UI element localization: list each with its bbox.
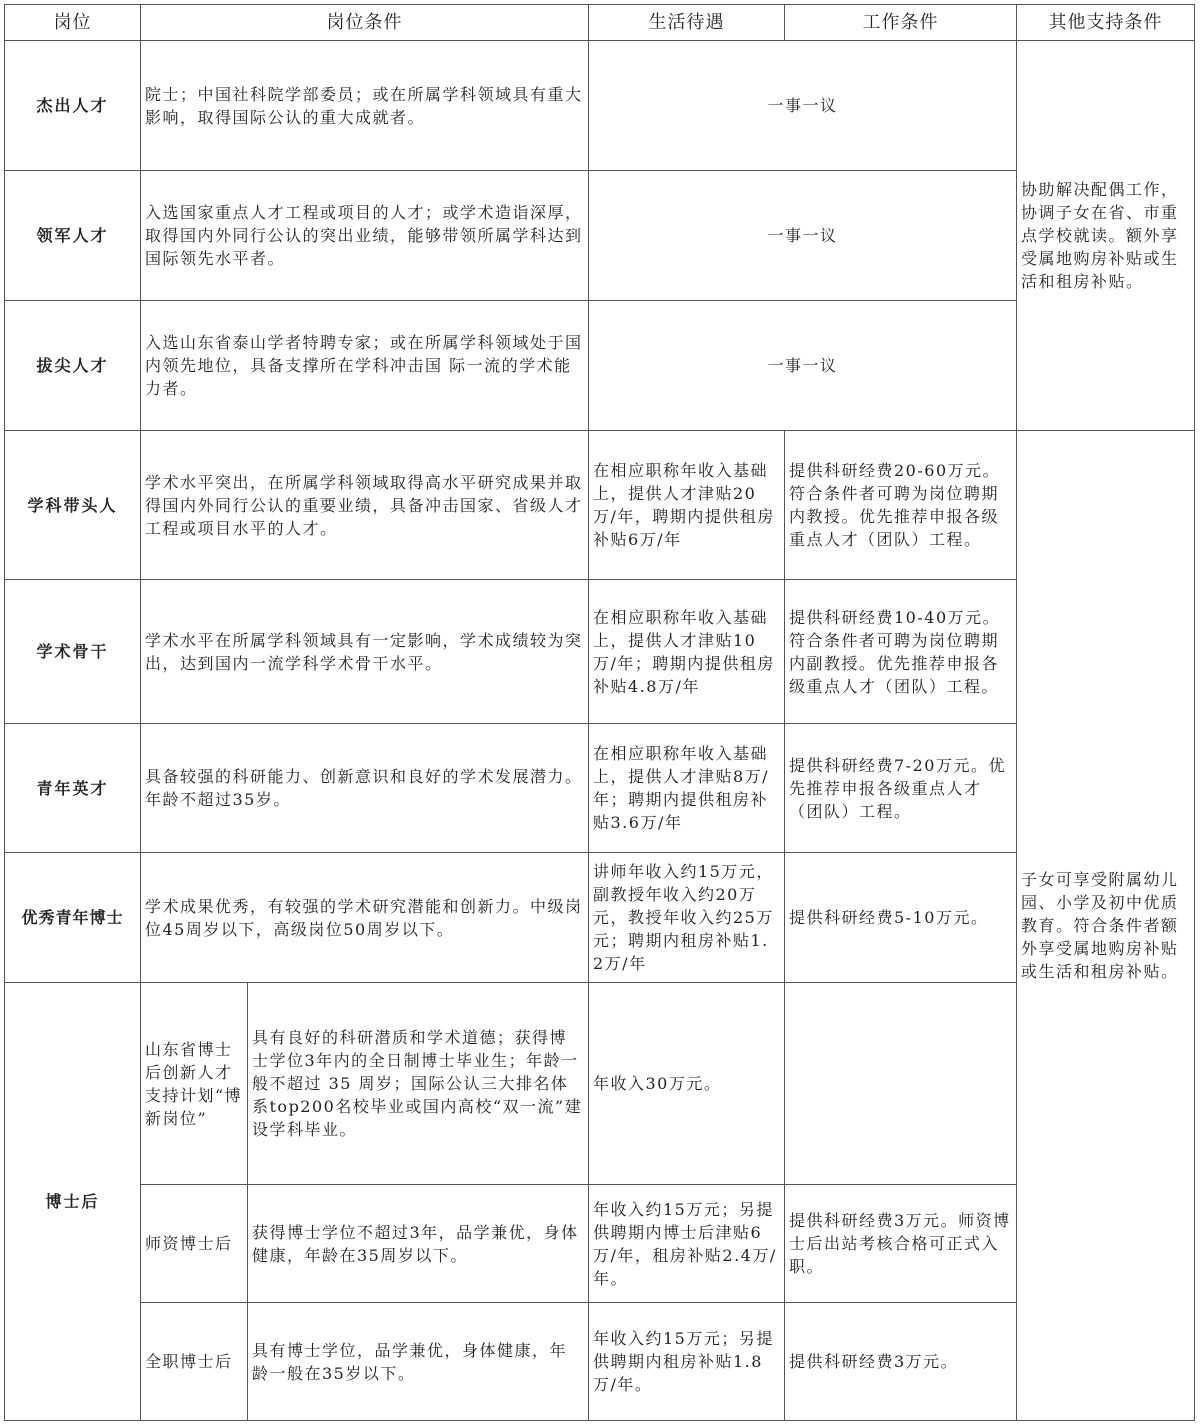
row-position: 领军人才 xyxy=(4,170,141,301)
row-conditions: 入选国家重点人才工程或项目的人才；或学术造诣深厚，取得国内外同行公认的突出业绩，… xyxy=(140,170,589,301)
row-conditions: 学术成果优秀，有较强的学术研究潜能和创新力。中级岗位45周岁以下，高级岗位50周… xyxy=(140,852,589,983)
other-support-bottom: 子女可享受附属幼儿园、小学及初中优质教育。符合条件者额外享受属地购房补贴或生活和… xyxy=(1016,430,1195,1421)
postdoc-sub-conditions: 具有博士学位，品学兼优，身体健康，年龄一般在35岁以下。 xyxy=(247,1302,589,1421)
row-position: 青年英才 xyxy=(4,723,141,853)
postdoc-sub-work: 提供科研经费3万元。师资博士后出站考核合格可正式入职。 xyxy=(784,1184,1017,1303)
row-treatment-work: 一事一议 xyxy=(588,170,1017,301)
postdoc-sub-name: 全职博士后 xyxy=(140,1302,248,1421)
postdoc-sub-treatment: 年收入约15万元；另提供聘期内租房补贴1.8万/年。 xyxy=(588,1302,785,1421)
row-work: 提供科研经费5-10万元。 xyxy=(784,852,1017,983)
row-position: 学术骨干 xyxy=(4,579,141,724)
postdoc-sub-conditions: 获得博士学位不超过3年，品学兼优，身体健康，年龄在35周岁以下。 xyxy=(247,1184,589,1303)
row-treatment: 在相应职称年收入基础上，提供人才津贴10万/年；聘期内提供租房补贴4.8万/年 xyxy=(588,579,785,724)
row-treatment-work: 一事一议 xyxy=(588,300,1017,431)
postdoc-sub-treatment: 年收入30万元。 xyxy=(588,982,785,1185)
postdoc-position: 博士后 xyxy=(4,982,141,1421)
row-work: 提供科研经费7-20万元。优先推荐申报各级重点人才（团队）工程。 xyxy=(784,723,1017,853)
header-work: 工作条件 xyxy=(784,4,1017,41)
header-treatment: 生活待遇 xyxy=(588,4,785,41)
row-position: 拔尖人才 xyxy=(4,300,141,431)
row-work: 提供科研经费20-60万元。符合条件者可聘为岗位聘期内教授。优先推荐申报各级重点… xyxy=(784,430,1017,580)
postdoc-sub-conditions: 具有良好的科研潜质和学术道德；获得博士学位3年内的全日制博士毕业生；年龄一般不超… xyxy=(247,982,589,1185)
row-conditions: 具备较强的科研能力、创新意识和良好的学术发展潜力。年龄不超过35岁。 xyxy=(140,723,589,853)
row-treatment: 在相应职称年收入基础上，提供人才津贴8万/年；聘期内提供租房补贴3.6万/年 xyxy=(588,723,785,853)
row-position: 杰出人才 xyxy=(4,40,141,171)
row-treatment-work: 一事一议 xyxy=(588,40,1017,171)
row-conditions: 入选山东省泰山学者特聘专家；或在所属学科领域处于国内领先地位，具备支撑所在学科冲… xyxy=(140,300,589,431)
header-other-support: 其他支持条件 xyxy=(1016,4,1195,41)
postdoc-sub-work xyxy=(784,982,1017,1185)
row-conditions: 学术水平突出，在所属学科领域取得高水平研究成果并取得国内外同行公认的重要业绩，具… xyxy=(140,430,589,580)
postdoc-sub-work: 提供科研经费3万元。 xyxy=(784,1302,1017,1421)
row-work: 提供科研经费10-40万元。符合条件者可聘为岗位聘期内副教授。优先推荐申报各级重… xyxy=(784,579,1017,724)
row-treatment: 讲师年收入约15万元，副教授年收入约20万元，教授年收入约25万元；聘期内租房补… xyxy=(588,852,785,983)
row-position: 学科带头人 xyxy=(4,430,141,580)
header-position: 岗位 xyxy=(4,4,141,41)
other-support-top: 协助解决配偶工作，协调子女在省、市重点学校就读。额外享受属地购房补贴或生活和租房… xyxy=(1016,40,1195,431)
row-treatment: 在相应职称年收入基础上，提供人才津贴20万/年，聘期内提供租房补贴6万/年 xyxy=(588,430,785,580)
row-position: 优秀青年博士 xyxy=(4,852,141,983)
row-conditions: 院士；中国社科院学部委员；或在所属学科领域具有重大影响，取得国际公认的重大成就者… xyxy=(140,40,589,171)
header-conditions: 岗位条件 xyxy=(140,4,589,41)
postdoc-sub-name: 师资博士后 xyxy=(140,1184,248,1303)
postdoc-sub-treatment: 年收入约15万元；另提供聘期内博士后津贴6万/年，租房补贴2.4万/年。 xyxy=(588,1184,785,1303)
row-conditions: 学术水平在所属学科领域具有一定影响，学术成绩较为突出，达到国内一流学科学术骨干水… xyxy=(140,579,589,724)
postdoc-sub-name: 山东省博士后创新人才支持计划“博新岗位” xyxy=(140,982,248,1185)
